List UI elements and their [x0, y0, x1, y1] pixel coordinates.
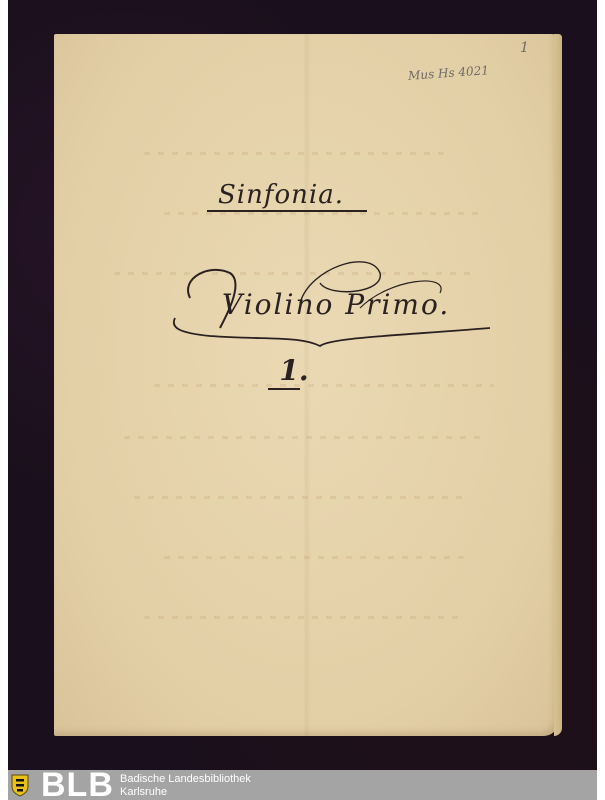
part-number-underline: [268, 388, 300, 390]
part-number: 1.: [274, 354, 314, 387]
blb-logo: BLB: [41, 770, 114, 800]
title-underline: [207, 210, 367, 212]
bleed-through-staff: [144, 616, 464, 619]
bleed-through-staff: [124, 436, 484, 439]
title-violino-primo: Violino Primo.: [222, 288, 482, 321]
bleed-through-staff: [154, 384, 494, 387]
coat-of-arms-icon: [11, 773, 29, 797]
library-city: Karlsruhe: [120, 786, 167, 798]
bleed-through-staff: [164, 556, 464, 559]
library-name: Badische Landesbibliothek: [120, 773, 251, 785]
bleed-through-staff: [134, 496, 464, 499]
bleed-through-staff: [164, 212, 484, 215]
folio-number: 1: [520, 40, 529, 56]
bleed-through-staff: [144, 152, 444, 155]
library-footer-bar: BLB Badische Landesbibliothek Karlsruhe: [8, 770, 597, 800]
title-sinfonia: Sinfonia.: [218, 180, 378, 210]
